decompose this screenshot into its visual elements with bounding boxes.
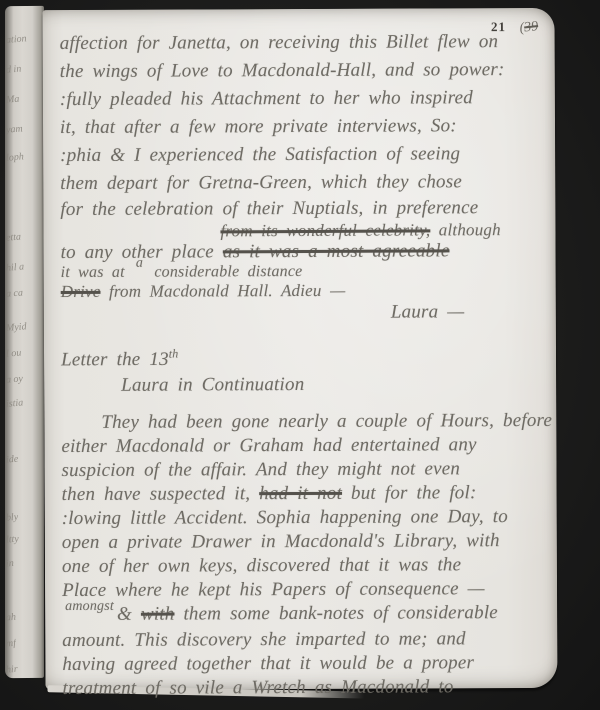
edge-text-fragment: hil a	[6, 261, 25, 273]
manuscript-line: for the celebration of their Nuptials, i…	[60, 196, 547, 222]
manuscript-line: Place where he kept his Papers of conseq…	[62, 577, 549, 603]
handwritten-text: open a private Drawer in Macdonald's Lib…	[62, 530, 500, 553]
manuscript-line: from its wonderful celebrity, although	[220, 220, 547, 241]
edge-text-fragment: hir	[6, 664, 18, 676]
handwritten-text: it, that after a few more private interv…	[60, 115, 457, 138]
manuscript-photo: ationd inMayamlophettahil aa caMyidl oua…	[0, 0, 600, 710]
edge-text-fragment: a ca	[6, 287, 24, 299]
handwritten-text: them some bank-notes of considerable	[174, 602, 498, 624]
manuscript-line: them depart for Gretna-Green, which they…	[60, 168, 547, 198]
edge-text-fragment: bly	[6, 512, 19, 524]
handwritten-text: :lowing little Accident. Sophia happenin…	[62, 506, 508, 529]
handwritten-text: from Macdonald Hall. Adieu —	[100, 281, 345, 301]
handwritten-text: one of her own keys, discovered that it …	[62, 555, 461, 578]
manuscript-line: amount. This discovery she imparted to m…	[62, 627, 549, 653]
inserted-text: a	[136, 256, 143, 271]
edge-text-fragment: ation	[6, 33, 27, 46]
handwritten-text: having agreed together that it would be …	[62, 653, 474, 676]
superscript-text: th	[169, 347, 179, 361]
manuscript-line: to any other place as it was a most agre…	[61, 240, 548, 264]
handwritten-text: Laura —	[391, 301, 465, 322]
edge-text-fragment: mf	[6, 638, 17, 650]
edge-text-fragment: ltty	[6, 534, 20, 546]
edge-text-fragment: Myid	[6, 321, 27, 334]
edge-text-fragment: loph	[6, 151, 25, 163]
deleted-text: as it was a most agreeable	[223, 240, 450, 262]
handwritten-text: Letter the 13	[61, 349, 169, 370]
edge-text-fragment: Ma	[6, 94, 20, 106]
deleted-text: Drive	[61, 282, 101, 301]
manuscript-line: it was at a considerable distance	[61, 262, 548, 282]
manuscript-line: then have suspected it, had it not but f…	[62, 481, 549, 507]
manuscript-line: They had been gone nearly a couple of Ho…	[101, 409, 548, 435]
manuscript-line: having agreed together that it would be …	[62, 651, 549, 677]
deleted-text: from its wonderful celebrity,	[220, 220, 430, 240]
manuscript-line: treatment of so vile a Wretch as Macdona…	[62, 675, 549, 701]
handwritten-text: affection for Janetta, on receiving this…	[60, 31, 499, 54]
inserted-text: amongst	[65, 599, 114, 614]
handwritten-text: it was at	[61, 264, 133, 281]
facing-page-edge: ationd inMayamlophettahil aa caMyidl oua…	[5, 6, 44, 678]
handwritten-text: suspicion of the affair. And they might …	[61, 459, 460, 482]
handwritten-text: but for the fol:	[342, 483, 477, 505]
handwritten-text: the wings of Love to Macdonald-Hall, and…	[60, 59, 505, 82]
edge-text-fragment: in	[6, 558, 15, 570]
manuscript-line: :fully pleaded his Attachment to her who…	[60, 84, 547, 114]
manuscript-line: Drive from Macdonald Hall. Adieu —	[61, 280, 548, 301]
manuscript-page: 21(39 affection for Janetta, on receivin…	[43, 8, 558, 690]
manuscript-line: amongst& with them some bank-notes of co…	[62, 601, 549, 629]
edge-text-fragment: d in	[6, 64, 22, 76]
manuscript-line: :lowing little Accident. Sophia happenin…	[62, 505, 549, 531]
handwritten-text: considerable distance	[146, 263, 302, 281]
edge-text-fragment: ide	[6, 454, 19, 466]
edge-text-fragment: l ou	[6, 348, 22, 360]
manuscript-line: affection for Janetta, on receiving this…	[60, 28, 547, 58]
handwritten-text: Place where he kept his Papers of conseq…	[62, 579, 485, 602]
handwritten-text: :phia & I experienced the Satisfaction o…	[60, 143, 460, 166]
manuscript-line: Laura —	[391, 299, 548, 326]
handwritten-text: amount. This discovery she imparted to m…	[62, 629, 466, 652]
manuscript-line: Laura in Continuation	[121, 371, 548, 399]
manuscript-line: it, that after a few more private interv…	[60, 112, 547, 142]
edge-text-fragment: etta	[6, 232, 22, 244]
manuscript-line: suspicion of the affair. And they might …	[61, 457, 548, 483]
manuscript-line: Letter the 13th	[61, 339, 548, 373]
handwritten-text: treatment of so vile a Wretch as Macdona…	[62, 677, 453, 700]
handwritten-text: :fully pleaded his Attachment to her who…	[60, 87, 473, 110]
handwritten-text: either Macdonald or Graham had entertain…	[61, 435, 476, 458]
deleted-text: with	[141, 604, 175, 625]
deleted-text: had it not	[259, 483, 342, 504]
manuscript-line: one of her own keys, discovered that it …	[62, 553, 549, 579]
manuscript-line: :phia & I experienced the Satisfaction o…	[60, 140, 547, 170]
edge-text-fragment: a oy	[6, 373, 24, 385]
manuscript-text: affection for Janetta, on receiving this…	[60, 28, 550, 701]
handwritten-text: them depart for Gretna-Green, which they…	[60, 171, 462, 194]
edge-text-fragment: yam	[6, 123, 23, 135]
handwritten-text: They had been gone nearly a couple of Ho…	[101, 410, 552, 433]
manuscript-line: open a private Drawer in Macdonald's Lib…	[62, 529, 549, 555]
manuscript-line: the wings of Love to Macdonald-Hall, and…	[60, 56, 547, 86]
manuscript-line: either Macdonald or Graham had entertain…	[61, 433, 548, 459]
handwritten-text: then have suspected it,	[62, 484, 260, 506]
handwritten-text: although	[430, 220, 501, 239]
edge-text-fragment: ah	[6, 612, 17, 624]
handwritten-text: for the celebration of their Nuptials, i…	[60, 197, 478, 220]
handwritten-text: &	[117, 604, 141, 625]
edge-text-fragment: istia	[6, 397, 24, 409]
handwritten-text: Laura in Continuation	[121, 374, 304, 396]
